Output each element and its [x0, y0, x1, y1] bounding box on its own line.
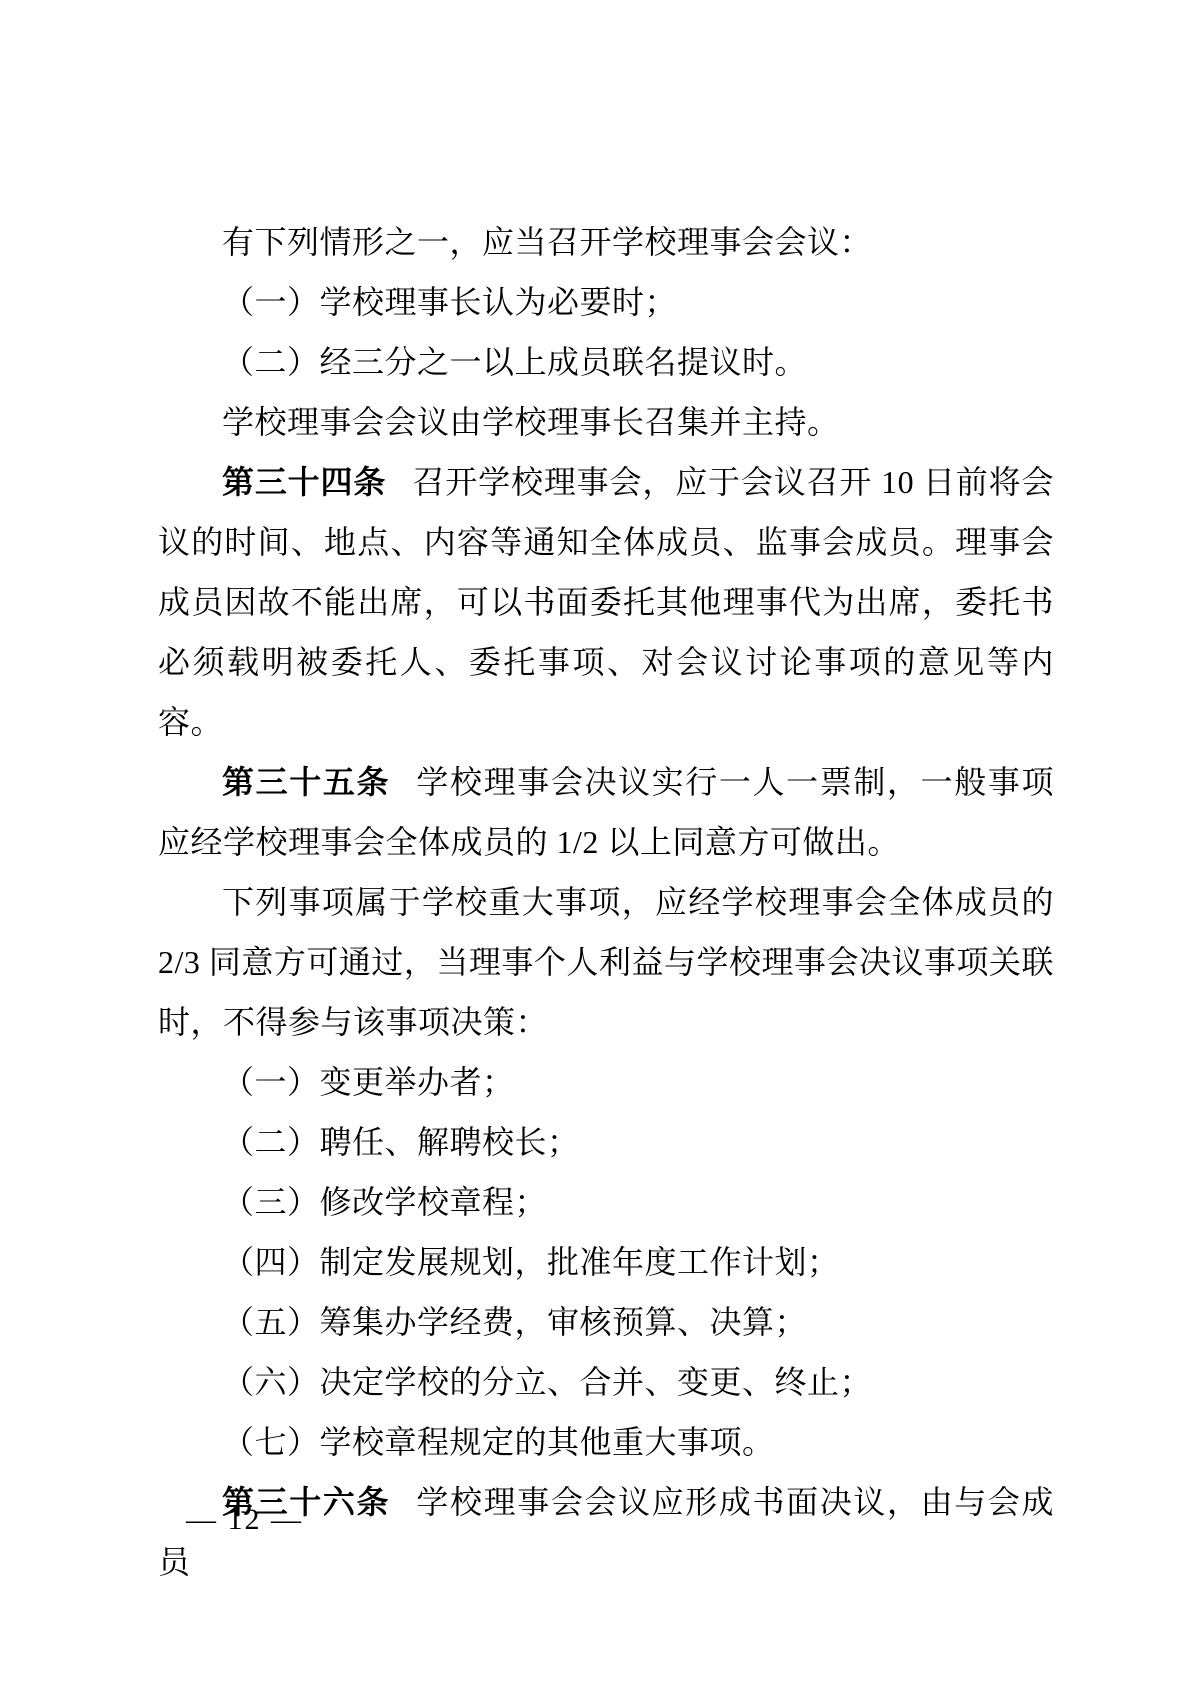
document-body: 有下列情形之一，应当召开学校理事会会议： （一）学校理事长认为必要时； （二）经…: [158, 212, 1054, 1592]
list-item-major-7: （七）学校章程规定的其他重大事项。: [158, 1412, 1054, 1472]
article-34-number: 第三十四条: [222, 464, 386, 500]
paragraph-text: （五）筹集办学经费，审核预算、决算；: [222, 1304, 807, 1340]
paragraph-text: （七）学校章程规定的其他重大事项。: [222, 1424, 775, 1460]
paragraph-text: （三）修改学校章程；: [222, 1184, 547, 1220]
article-35-number: 第三十五条: [222, 764, 390, 800]
paragraph-text: 下列事项属于学校重大事项，应经学校理事会全体成员的 2/3 同意方可通过，当理事…: [158, 884, 1054, 1040]
paragraph-text: （一）变更举办者；: [222, 1064, 515, 1100]
list-item-condition-2: （二）经三分之一以上成员联名提议时。: [158, 332, 1054, 392]
paragraph-text: （二）聘任、解聘校长；: [222, 1124, 580, 1160]
paragraph-major-matters-intro: 下列事项属于学校重大事项，应经学校理事会全体成员的 2/3 同意方可通过，当理事…: [158, 872, 1054, 1052]
paragraph-text: 有下列情形之一，应当召开学校理事会会议：: [222, 224, 872, 260]
list-item-major-3: （三）修改学校章程；: [158, 1172, 1054, 1232]
list-item-major-5: （五）筹集办学经费，审核预算、决算；: [158, 1292, 1054, 1352]
paragraph-text: （六）决定学校的分立、合并、变更、终止；: [222, 1364, 872, 1400]
list-item-major-2: （二）聘任、解聘校长；: [158, 1112, 1054, 1172]
paragraph-text: 学校理事会会议由学校理事长召集并主持。: [222, 404, 840, 440]
list-item-major-1: （一）变更举办者；: [158, 1052, 1054, 1112]
article-34-text: 召开学校理事会，应于会议召开 10 日前将会议的时间、地点、内容等通知全体成员、…: [158, 464, 1054, 740]
paragraph-intro-meeting-conditions: 有下列情形之一，应当召开学校理事会会议：: [158, 212, 1054, 272]
paragraph-text: （一）学校理事长认为必要时；: [222, 284, 677, 320]
document-page: 有下列情形之一，应当召开学校理事会会议： （一）学校理事长认为必要时； （二）经…: [0, 0, 1191, 1684]
list-item-major-6: （六）决定学校的分立、合并、变更、终止；: [158, 1352, 1054, 1412]
page-number: — 12 —: [186, 1503, 303, 1536]
list-item-condition-1: （一）学校理事长认为必要时；: [158, 272, 1054, 332]
paragraph-article-35: 第三十五条学校理事会决议实行一人一票制，一般事项应经学校理事会全体成员的 1/2…: [158, 752, 1054, 872]
list-item-major-4: （四）制定发展规划，批准年度工作计划；: [158, 1232, 1054, 1292]
paragraph-text: （四）制定发展规划，批准年度工作计划；: [222, 1244, 840, 1280]
paragraph-meeting-host: 学校理事会会议由学校理事长召集并主持。: [158, 392, 1054, 452]
paragraph-text: （二）经三分之一以上成员联名提议时。: [222, 344, 807, 380]
page-footer: — 12 —: [186, 1498, 303, 1542]
paragraph-article-34: 第三十四条召开学校理事会，应于会议召开 10 日前将会议的时间、地点、内容等通知…: [158, 452, 1054, 752]
